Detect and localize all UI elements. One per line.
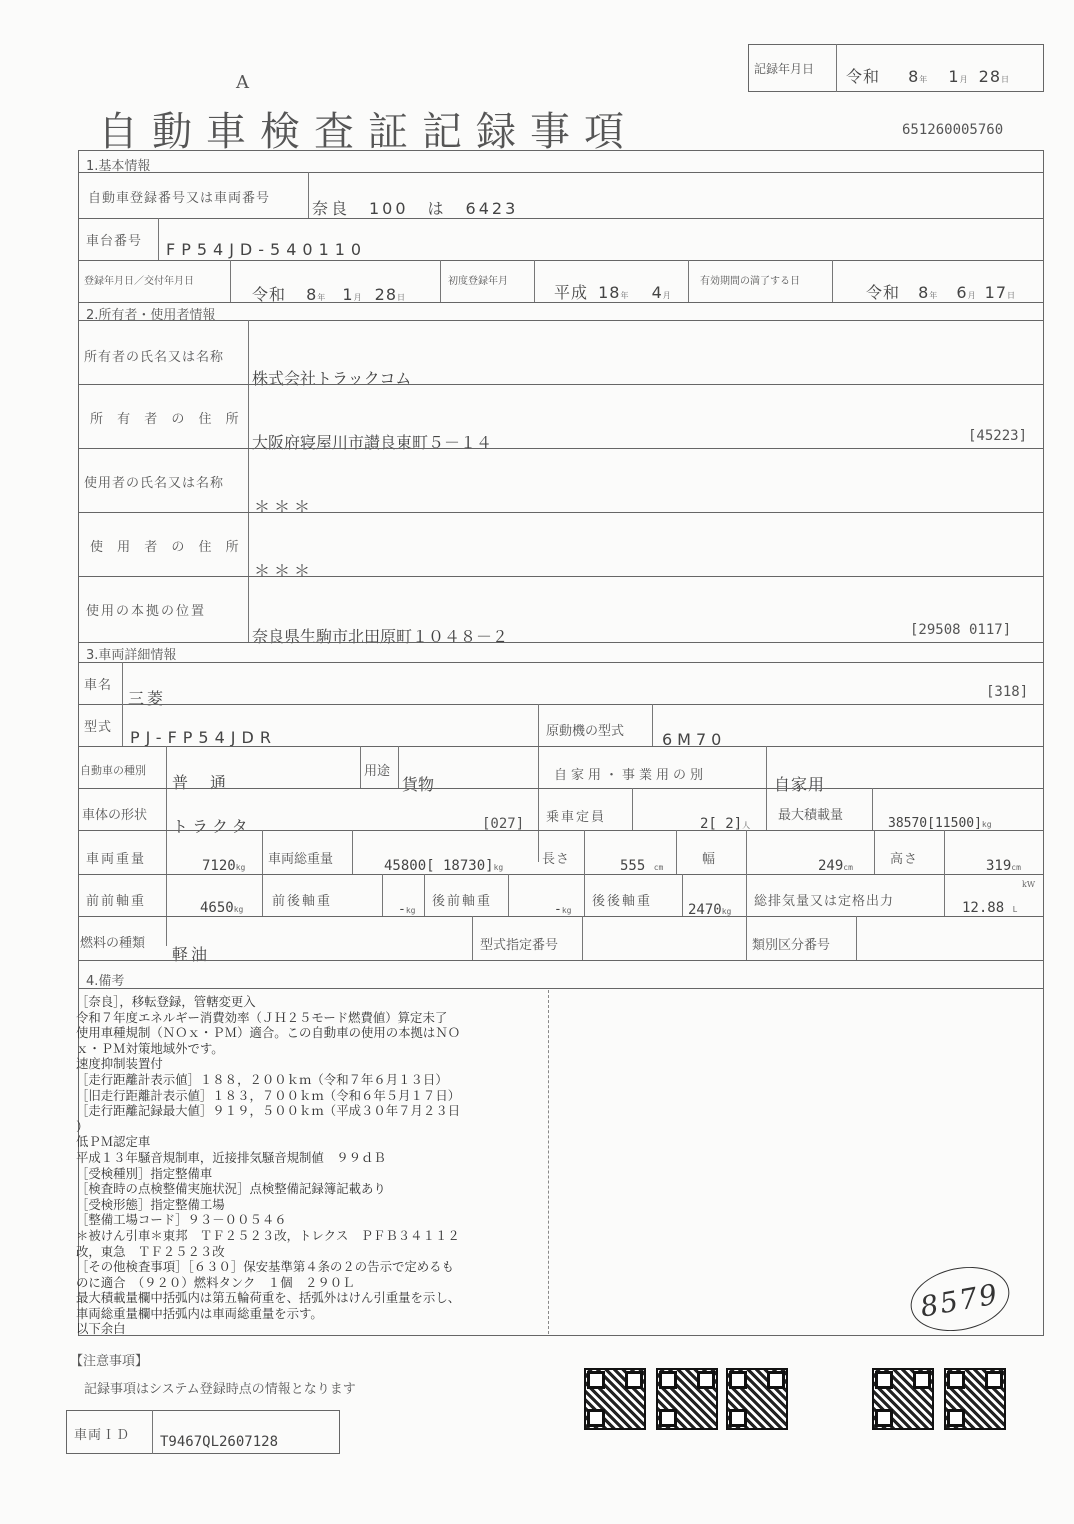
remarks-line: ［その他検査事項］［６３０］保安基準第４条の２の告示で定めるも (76, 1259, 460, 1275)
qr-code-2 (656, 1368, 718, 1430)
front-front-axle-label: 前前軸重 (86, 890, 146, 909)
front-front-axle-value: 4650kg (200, 900, 243, 916)
vehicle-id-value: T9467QL2607128 (160, 1434, 278, 1450)
displacement-value: 12.88 L (962, 900, 1017, 916)
vehicle-id-label: 車両ＩＤ (74, 1424, 130, 1443)
document-number: 651260005760 (902, 122, 1003, 138)
remarks-line: ［奈良］，移転登録，管轄変更入 (76, 994, 460, 1010)
reg-number-label: 自動車登録番号又は車両番号 (88, 187, 270, 206)
reg-date-label: 登録年月日／交付年月日 (84, 272, 194, 287)
record-date-label: 記録年月日 (754, 60, 814, 77)
displacement-label: 総排気量又は定格出力 (754, 890, 894, 909)
max-load-label: 最大積載量 (778, 804, 843, 823)
vehicle-weight-value: 7120kg (202, 858, 245, 874)
user-name-label: 使用者の氏名又は名称 (84, 472, 224, 491)
owner-address-code: [45223] (968, 428, 1027, 444)
length-value: 555 cm (620, 858, 663, 874)
record-date-value: 令和 8年 1月 28日 (846, 64, 1010, 87)
fuel-label: 燃料の種類 (80, 932, 145, 951)
gross-weight-value: 45800[ 18730]kg (384, 858, 503, 874)
remarks-line: 令和７年度エネルギー消費効率（ＪＨ２５モード燃費値）算定未了 (76, 1010, 460, 1026)
use-value: 貨物 (402, 772, 434, 795)
form-mark: A (236, 72, 249, 93)
owner-name-value: 株式会社トラックコム (252, 366, 411, 389)
car-name-code: [318] (986, 684, 1028, 700)
remarks-line: ｘ・ＰＭ対策地域外です。 (76, 1041, 460, 1057)
capacity-label: 乗車定員 (546, 806, 606, 825)
width-label: 幅 (702, 848, 716, 867)
qr-code-1 (584, 1368, 646, 1430)
remarks-line: のに適合 （９２０）燃料タンク １個 ２９０Ｌ (76, 1275, 460, 1291)
remarks-line: ［走行距離計表示値］１８８，２００ｋｍ（令和７年６月１３日） (76, 1072, 460, 1088)
owner-address-value: 大阪府寝屋川市讃良東町５－１４ (252, 430, 492, 453)
car-name-value: 三菱 (128, 686, 166, 709)
user-name-value: ＊＊＊ (254, 494, 314, 517)
first-reg-value: 平成 18年 4月 (554, 280, 672, 303)
notice-heading: 【注意事項】 (70, 1350, 148, 1369)
width-value: 249cm (818, 858, 853, 874)
user-address-value: ＊＊＊ (254, 558, 314, 581)
owner-name-label: 所有者の氏名又は名称 (84, 346, 224, 365)
car-name-label: 車名 (84, 674, 112, 693)
base-location-value: 奈良県生駒市北田原町１０４８－２ (252, 624, 508, 647)
kind-label: 自動車の種別 (80, 762, 146, 778)
document-title: 自動車検査証記録事項 (98, 100, 638, 157)
remarks-line: ） (76, 1119, 460, 1135)
section-3-heading: 3.車両詳細情報 (86, 644, 176, 663)
model-value: PJ-FP54JDR (130, 728, 277, 747)
remarks-line: 車両総重量欄中括弧内は車両総重量を示す。 (76, 1306, 460, 1322)
remarks-line: 平成１３年騒音規制車，近接排気騒音規制値 ９９ｄＢ (76, 1150, 460, 1166)
base-location-label: 使用の本拠の位置 (86, 600, 206, 619)
private-business-value: 自家用 (774, 772, 825, 795)
user-address-label: 使 用 者 の 住 所 (90, 536, 244, 555)
kind-value: 普 通 (172, 770, 229, 793)
remarks-line: 改，東急 ＴＦ２５２３改 (76, 1244, 460, 1260)
remarks-line: 最大積載量欄中括弧内は第五輪荷重を、括弧外はけん引重量を示し、 (76, 1290, 460, 1306)
private-business-label: 自家用・事業用の別 (554, 764, 707, 783)
remarks-line: 以下余白 (76, 1321, 460, 1337)
remarks-line: 低ＰＭ認定車 (76, 1134, 460, 1150)
height-value: 319cm (986, 858, 1021, 874)
remarks-line: ［受検形態］指定整備工場 (76, 1197, 460, 1213)
qr-code-5 (944, 1368, 1006, 1430)
base-location-code: [29508 0117] (910, 622, 1011, 638)
expiry-label: 有効期間の満了する日 (700, 272, 800, 287)
front-rear-axle-label: 前後軸重 (272, 890, 332, 909)
fuel-value: 軽油 (172, 942, 210, 965)
body-shape-value: トラクタ (172, 814, 252, 837)
owner-address-label: 所 有 者 の 住 所 (90, 408, 244, 427)
rear-front-axle-value: -kg (554, 902, 571, 917)
inspection-certificate-document: A 自動車検査証記録事項 記録年月日 令和 8年 1月 28日 65126000… (0, 0, 1074, 1524)
use-label: 用途 (364, 760, 390, 779)
chassis-value: FP54JD-540110 (166, 240, 367, 259)
expiry-value: 令和 8年 6月 17日 (866, 280, 1016, 303)
remarks-line: ［整備工場コード］９３－００５４６ (76, 1212, 460, 1228)
remarks-line: ［旧走行距離計表示値］１８３，７００ｋｍ（令和６年５月１７日） (76, 1088, 460, 1104)
notice-text: 記録事項はシステム登録時点の情報となります (84, 1378, 356, 1397)
vehicle-weight-label: 車両重量 (86, 848, 146, 867)
rear-rear-axle-label: 後後軸重 (592, 890, 652, 909)
model-label: 型式 (84, 716, 112, 735)
section-4-heading: 4.備考 (86, 970, 124, 989)
remarks-line: ［走行距離記録最大値］９１９，５００ｋｍ（平成３０年７月２３日 (76, 1103, 460, 1119)
first-reg-label: 初度登録年月 (448, 272, 508, 287)
type-designation-label: 型式指定番号 (480, 934, 558, 953)
length-label: 長さ (542, 848, 570, 867)
body-shape-label: 車体の形状 (82, 804, 147, 823)
remarks-line: ＊被けん引車＊東邦 ＴＦ２５２３改，トレクス ＰＦＢ３４１１２ (76, 1228, 460, 1244)
remarks-line: ［受検種別］指定整備車 (76, 1166, 460, 1182)
qr-code-3 (726, 1368, 788, 1430)
remarks-text: ［奈良］，移転登録，管轄変更入令和７年度エネルギー消費効率（ＪＨ２５モード燃費値… (76, 994, 460, 1337)
gross-weight-label: 車両総重量 (268, 848, 333, 867)
category-label: 類別区分番号 (752, 934, 830, 953)
remarks-line: 速度抑制装置付 (76, 1056, 460, 1072)
max-load-value: 38570[11500]kg (888, 816, 992, 831)
remarks-line: 使用車種規制（ＮＯｘ・ＰＭ）適合。この自動車の使用の本拠はＮＯ (76, 1025, 460, 1041)
qr-code-4 (872, 1368, 934, 1430)
chassis-label: 車台番号 (86, 230, 142, 249)
remarks-line: ［検査時の点検整備実施状況］点検整備記録簿記載あり (76, 1181, 460, 1197)
engine-label: 原動機の型式 (546, 720, 624, 739)
height-label: 高さ (890, 848, 918, 867)
rear-front-axle-label: 後前軸重 (432, 890, 492, 909)
front-rear-axle-value: -kg (398, 902, 415, 917)
reg-number-value: 奈良 100 は 6423 (312, 196, 518, 219)
